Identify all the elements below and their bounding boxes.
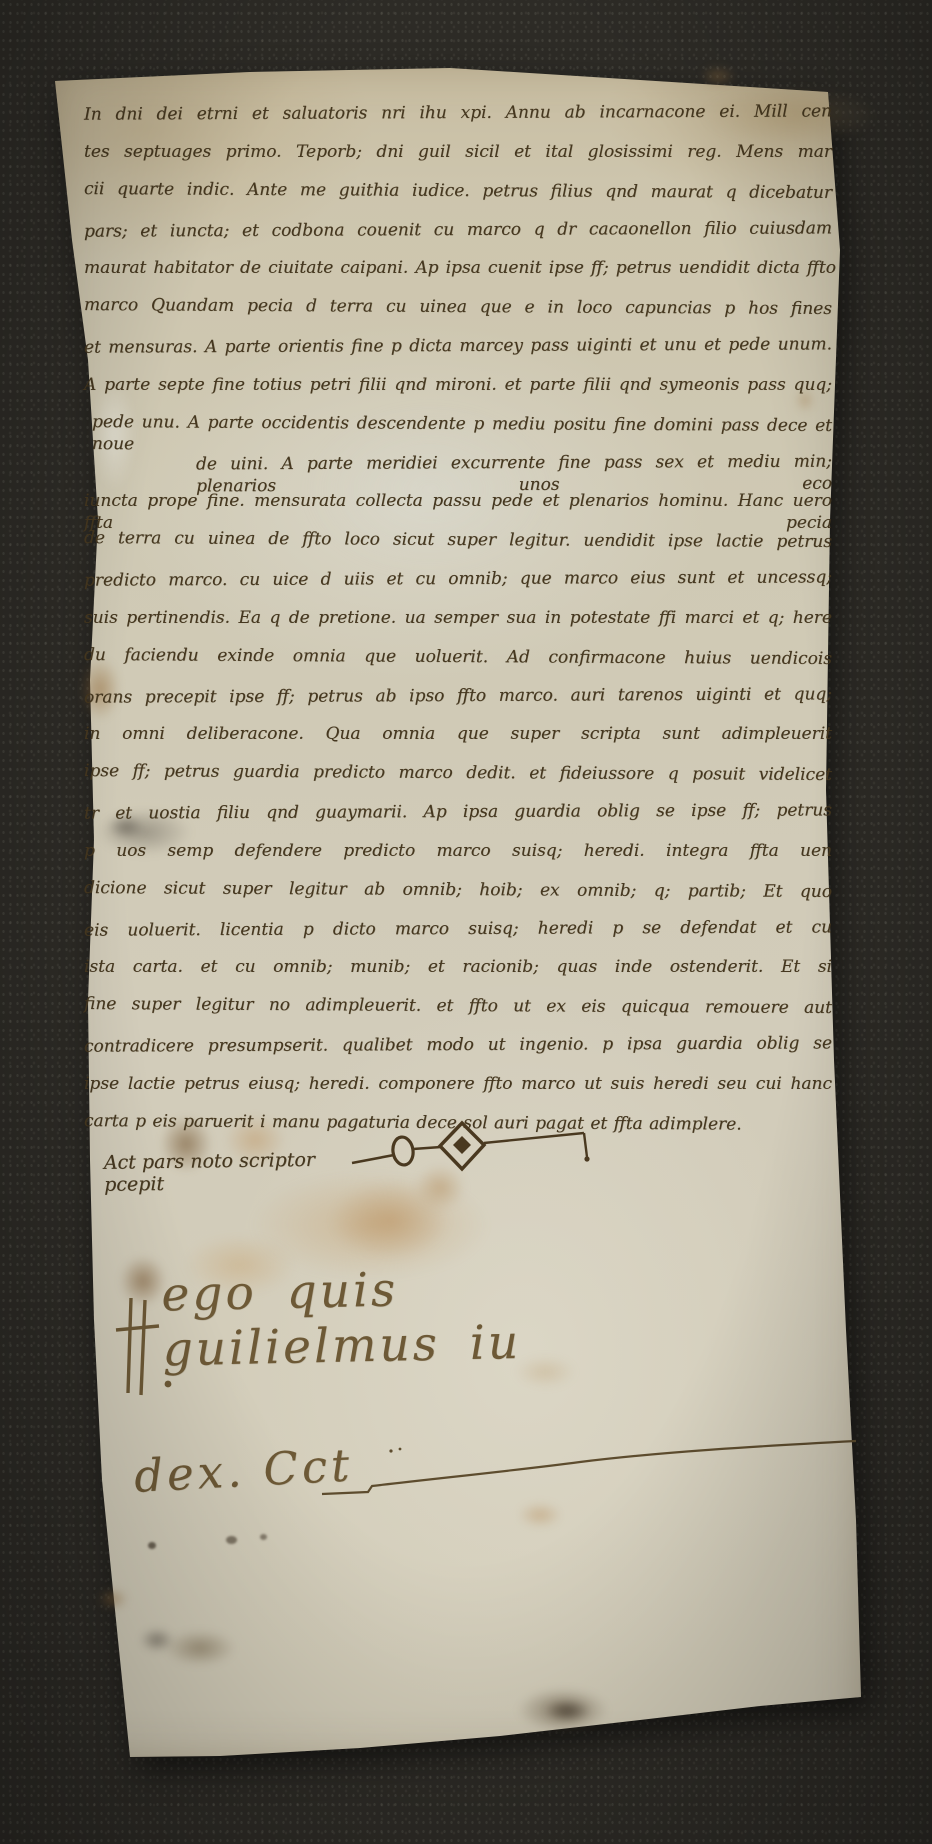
manuscript-line: orans precepit ipse ff; petrus ab ipso f… [84,683,832,708]
signature-name: ego quis guilielmus iu [161,1257,683,1378]
manuscript-line: fine super legitur no adimpleuerit. et f… [84,993,832,1019]
manuscript-line: eis uoluerit. licentia p dicto marco sui… [84,916,832,941]
signature-name-continued: dex. Cct [133,1434,435,1503]
manuscript-line: in omni deliberacone. Qua omnia que supe… [84,723,832,745]
manuscript-line: cii quarte indic. Ante me guithia iudice… [84,178,832,204]
manuscript-line: et mensuras. A parte orientis fine p dic… [84,333,832,358]
manuscript-line: de terra cu uinea de ffto loco sicut sup… [84,527,832,553]
manuscript-line: predicto marco. cu uice d uiis et cu omn… [84,566,832,591]
manuscript-line: tes septuages primo. Teporb; dni guil si… [84,141,832,163]
manuscript-line: pars; et iuncta; et codbona couenit cu m… [84,217,832,242]
manuscript-line: suis pertinendis. Ea q de pretione. ua s… [84,607,832,629]
manuscript-line: carta p eis paruerit i manu pagaturia de… [84,1110,808,1136]
manuscript-line: ipse ff; petrus guardia predicto marco d… [84,760,832,786]
manuscript-line: dicione sicut super legitur ab omnib; ho… [84,877,832,903]
manuscript-line: A parte septe fine totius petri filii qn… [84,374,832,396]
manuscript-text-block: In dni dei etrni et saluatoris nri ihu x… [0,0,932,1844]
manuscript-line: du faciendu exinde omnia que uoluerit. A… [84,644,832,670]
manuscript-line: ista carta. et cu omnib; munib; et racio… [84,956,832,978]
manuscript-line: maurat habitator de ciuitate caipani. Ap… [84,257,836,279]
manuscript-line: tr et uostia filiu qnd guaymarii. Ap ips… [84,799,832,824]
manuscript-line: p uos semp defendere predicto marco suis… [84,840,832,862]
manuscript-line: contradicere presumpserit. qualibet modo… [84,1032,832,1057]
notarial-subscription-line: Act pars noto scriptor pcepit [104,1148,365,1196]
manuscript-line: In dni dei etrni et saluatoris nri ihu x… [84,100,832,125]
manuscript-line: marco Quandam pecia d terra cu uinea que… [84,294,832,320]
manuscript-line: ipse lactie petrus eiusq; heredi. compon… [84,1073,832,1095]
photo-mount-background: In dni dei etrni et saluatoris nri ihu x… [0,0,932,1844]
